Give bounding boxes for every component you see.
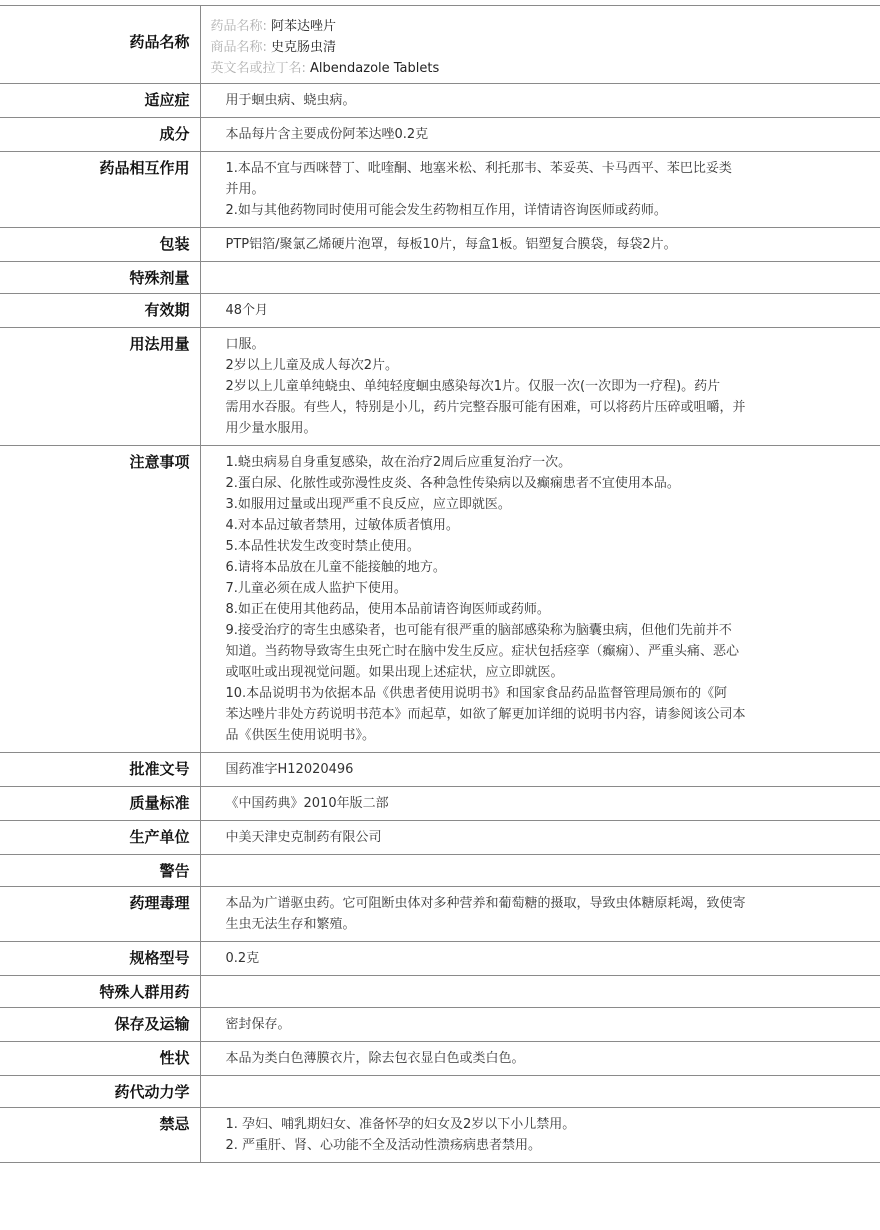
label-quality-standard: 质量标准 bbox=[0, 787, 200, 821]
value-usage: 口服。 2岁以上儿童及成人每次2片。 2岁以上儿童单纯蛲虫、单纯轻度蛔虫感染每次… bbox=[200, 328, 880, 446]
pharmacology-line: 生虫无法生存和繁殖。 bbox=[226, 914, 791, 935]
row-precautions: 注意事项 1.蛲虫病易自身重复感染，故在治疗2周后应重复治疗一次。 2.蛋白尿、… bbox=[0, 446, 880, 753]
precautions-line: 2.蛋白尿、化脓性或弥漫性皮炎、各种急性传染病以及癫痫患者不宜使用本品。 bbox=[226, 473, 791, 494]
row-special-dosage: 特殊剂量 bbox=[0, 262, 880, 294]
precautions-line: 6.请将本品放在儿童不能接触的地方。 bbox=[226, 557, 791, 578]
value-ingredients: 本品每片含主要成份阿苯达唑0.2克 bbox=[200, 118, 880, 152]
value-pharmacology: 本品为广谱驱虫药。它可阻断虫体对多种营养和葡萄糖的摄取，导致虫体糖原耗竭，致使寄… bbox=[200, 887, 880, 942]
usage-line: 2岁以上儿童及成人每次2片。 bbox=[226, 355, 791, 376]
value-shelf-life: 48个月 bbox=[200, 294, 880, 328]
value-drug-name: 药品名称: 阿苯达唑片 商品名称: 史克肠虫清 英文名或拉丁名: Albenda… bbox=[200, 6, 880, 84]
row-contraindications: 禁忌 1. 孕妇、哺乳期妇女、准备怀孕的妇女及2岁以下小儿禁用。 2. 严重肝、… bbox=[0, 1108, 880, 1163]
row-storage: 保存及运输 密封保存。 bbox=[0, 1008, 880, 1042]
interactions-line: 1.本品不宜与西咪替丁、吡喹酮、地塞米松、利托那韦、苯妥英、卡马西平、苯巴比妥类 bbox=[226, 158, 791, 179]
label-indications: 适应症 bbox=[0, 84, 200, 118]
value-warning bbox=[200, 855, 880, 887]
label-pharmacokinetics: 药代动力学 bbox=[0, 1076, 200, 1108]
label-interactions: 药品相互作用 bbox=[0, 152, 200, 228]
precautions-line: 4.对本品过敏者禁用，过敏体质者慎用。 bbox=[226, 515, 791, 536]
label-appearance: 性状 bbox=[0, 1042, 200, 1076]
value-appearance: 本品为类白色薄膜衣片，除去包衣显白色或类白色。 bbox=[200, 1042, 880, 1076]
label-ingredients: 成分 bbox=[0, 118, 200, 152]
label-storage: 保存及运输 bbox=[0, 1008, 200, 1042]
value-specification: 0.2克 bbox=[200, 942, 880, 976]
row-drug-name: 药品名称 药品名称: 阿苯达唑片 商品名称: 史克肠虫清 英文名或拉丁名: Al… bbox=[0, 6, 880, 84]
row-approval-number: 批准文号 国药准字H12020496 bbox=[0, 753, 880, 787]
value-interactions: 1.本品不宜与西咪替丁、吡喹酮、地塞米松、利托那韦、苯妥英、卡马西平、苯巴比妥类… bbox=[200, 152, 880, 228]
usage-line: 2岁以上儿童单纯蛲虫、单纯轻度蛔虫感染每次1片。仅服一次(一次即为一疗程)。药片 bbox=[226, 376, 791, 397]
label-specification: 规格型号 bbox=[0, 942, 200, 976]
english-name-line: 英文名或拉丁名: Albendazole Tablets bbox=[211, 58, 791, 79]
label-approval-number: 批准文号 bbox=[0, 753, 200, 787]
precautions-line: 苯达唑片非处方药说明书范本》而起草，如欲了解更加详细的说明书内容，请参阅该公司本 bbox=[226, 704, 791, 725]
row-specification: 规格型号 0.2克 bbox=[0, 942, 880, 976]
usage-line: 口服。 bbox=[226, 334, 791, 355]
generic-name-key: 药品名称: bbox=[211, 19, 267, 34]
label-special-population: 特殊人群用药 bbox=[0, 976, 200, 1008]
brand-name-line: 商品名称: 史克肠虫清 bbox=[211, 37, 791, 58]
english-name-key: 英文名或拉丁名: bbox=[211, 61, 306, 76]
label-pharmacology: 药理毒理 bbox=[0, 887, 200, 942]
contraindications-line: 1. 孕妇、哺乳期妇女、准备怀孕的妇女及2岁以下小儿禁用。 bbox=[226, 1114, 791, 1135]
label-special-dosage: 特殊剂量 bbox=[0, 262, 200, 294]
row-ingredients: 成分 本品每片含主要成份阿苯达唑0.2克 bbox=[0, 118, 880, 152]
label-packaging: 包装 bbox=[0, 228, 200, 262]
label-precautions: 注意事项 bbox=[0, 446, 200, 753]
drug-spec-table: 药品名称 药品名称: 阿苯达唑片 商品名称: 史克肠虫清 英文名或拉丁名: Al… bbox=[0, 5, 880, 1163]
generic-name-line: 药品名称: 阿苯达唑片 bbox=[211, 16, 791, 37]
precautions-line: 3.如服用过量或出现严重不良反应，应立即就医。 bbox=[226, 494, 791, 515]
english-name-value: Albendazole Tablets bbox=[310, 61, 439, 76]
value-packaging: PTP铝箔/聚氯乙烯硬片泡罩，每板10片，每盒1板。铝塑复合膜袋，每袋2片。 bbox=[200, 228, 880, 262]
value-contraindications: 1. 孕妇、哺乳期妇女、准备怀孕的妇女及2岁以下小儿禁用。 2. 严重肝、肾、心… bbox=[200, 1108, 880, 1163]
precautions-line: 品《供医生使用说明书》。 bbox=[226, 725, 791, 746]
value-quality-standard: 《中国药典》2010年版二部 bbox=[200, 787, 880, 821]
label-shelf-life: 有效期 bbox=[0, 294, 200, 328]
row-shelf-life: 有效期 48个月 bbox=[0, 294, 880, 328]
label-usage: 用法用量 bbox=[0, 328, 200, 446]
value-indications: 用于蛔虫病、蛲虫病。 bbox=[200, 84, 880, 118]
row-appearance: 性状 本品为类白色薄膜衣片，除去包衣显白色或类白色。 bbox=[0, 1042, 880, 1076]
precautions-line: 10.本品说明书为依据本品《供患者使用说明书》和国家食品药品监督管理局颁布的《阿 bbox=[226, 683, 791, 704]
value-precautions: 1.蛲虫病易自身重复感染，故在治疗2周后应重复治疗一次。 2.蛋白尿、化脓性或弥… bbox=[200, 446, 880, 753]
precautions-line: 9.接受治疗的寄生虫感染者，也可能有很严重的脑部感染称为脑囊虫病，但他们先前并不 bbox=[226, 620, 791, 641]
interactions-line: 并用。 bbox=[226, 179, 791, 200]
row-indications: 适应症 用于蛔虫病、蛲虫病。 bbox=[0, 84, 880, 118]
precautions-line: 或呕吐或出现视觉问题。如果出现上述症状，应立即就医。 bbox=[226, 662, 791, 683]
label-manufacturer: 生产单位 bbox=[0, 821, 200, 855]
pharmacology-line: 本品为广谱驱虫药。它可阻断虫体对多种营养和葡萄糖的摄取，导致虫体糖原耗竭，致使寄 bbox=[226, 893, 791, 914]
row-quality-standard: 质量标准 《中国药典》2010年版二部 bbox=[0, 787, 880, 821]
generic-name-value: 阿苯达唑片 bbox=[271, 19, 336, 34]
value-approval-number: 国药准字H12020496 bbox=[200, 753, 880, 787]
row-pharmacology: 药理毒理 本品为广谱驱虫药。它可阻断虫体对多种营养和葡萄糖的摄取，导致虫体糖原耗… bbox=[0, 887, 880, 942]
label-warning: 警告 bbox=[0, 855, 200, 887]
row-usage: 用法用量 口服。 2岁以上儿童及成人每次2片。 2岁以上儿童单纯蛲虫、单纯轻度蛔… bbox=[0, 328, 880, 446]
precautions-line: 7.儿童必须在成人监护下使用。 bbox=[226, 578, 791, 599]
row-interactions: 药品相互作用 1.本品不宜与西咪替丁、吡喹酮、地塞米松、利托那韦、苯妥英、卡马西… bbox=[0, 152, 880, 228]
value-special-population bbox=[200, 976, 880, 1008]
brand-name-key: 商品名称: bbox=[211, 40, 267, 55]
row-packaging: 包装 PTP铝箔/聚氯乙烯硬片泡罩，每板10片，每盒1板。铝塑复合膜袋，每袋2片… bbox=[0, 228, 880, 262]
precautions-line: 5.本品性状发生改变时禁止使用。 bbox=[226, 536, 791, 557]
label-contraindications: 禁忌 bbox=[0, 1108, 200, 1163]
precautions-line: 1.蛲虫病易自身重复感染，故在治疗2周后应重复治疗一次。 bbox=[226, 452, 791, 473]
value-storage: 密封保存。 bbox=[200, 1008, 880, 1042]
row-special-population: 特殊人群用药 bbox=[0, 976, 880, 1008]
interactions-line: 2.如与其他药物同时使用可能会发生药物相互作用，详情请咨询医师或药师。 bbox=[226, 200, 791, 221]
row-manufacturer: 生产单位 中美天津史克制药有限公司 bbox=[0, 821, 880, 855]
row-warning: 警告 bbox=[0, 855, 880, 887]
contraindications-line: 2. 严重肝、肾、心功能不全及活动性溃疡病患者禁用。 bbox=[226, 1135, 791, 1156]
value-pharmacokinetics bbox=[200, 1076, 880, 1108]
brand-name-value: 史克肠虫清 bbox=[271, 40, 336, 55]
value-special-dosage bbox=[200, 262, 880, 294]
row-pharmacokinetics: 药代动力学 bbox=[0, 1076, 880, 1108]
usage-line: 需用水吞服。有些人，特别是小儿，药片完整吞服可能有困难，可以将药片压碎或咀嚼，并 bbox=[226, 397, 791, 418]
value-manufacturer: 中美天津史克制药有限公司 bbox=[200, 821, 880, 855]
precautions-line: 知道。当药物导致寄生虫死亡时在脑中发生反应。症状包括痉挛（癫痫）、严重头痛、恶心 bbox=[226, 641, 791, 662]
precautions-line: 8.如正在使用其他药品，使用本品前请咨询医师或药师。 bbox=[226, 599, 791, 620]
usage-line: 用少量水服用。 bbox=[226, 418, 791, 439]
label-drug-name: 药品名称 bbox=[0, 6, 200, 84]
